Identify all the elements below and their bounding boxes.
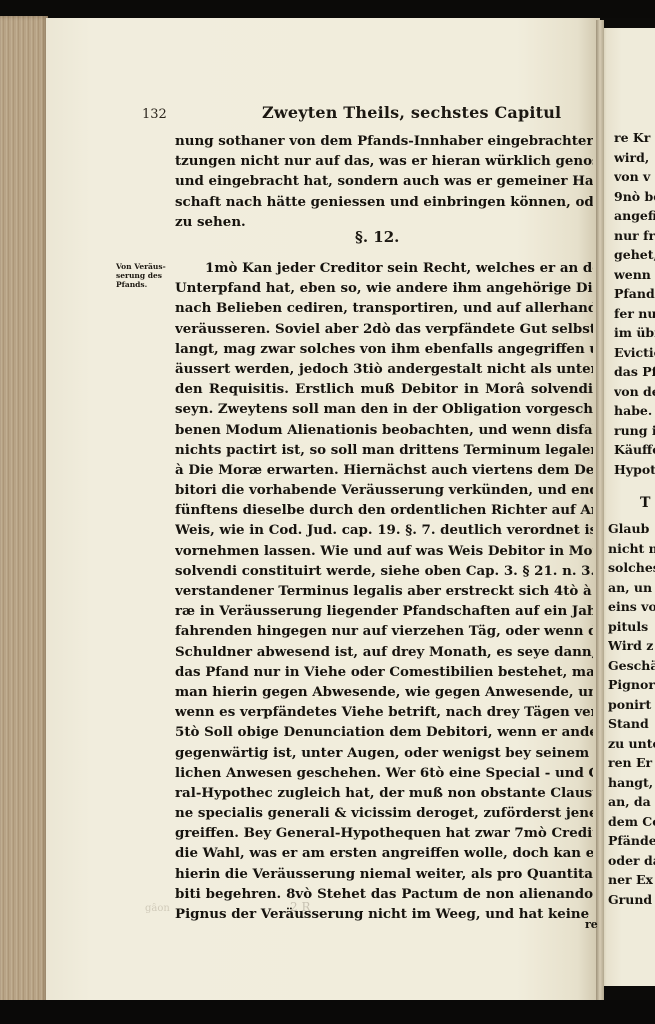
text-line: gegenwärtig ist, unter Augen, oder wenig… xyxy=(175,743,593,763)
text-line: wird, xyxy=(614,148,655,168)
text-line: ren Er xyxy=(608,753,655,773)
book-gutter xyxy=(596,20,604,1000)
text-line: Geschä xyxy=(608,656,655,676)
text-line: das Pfand nur in Viehe oder Comestibilie… xyxy=(175,662,593,682)
text-line: und eingebracht hat, sondern auch was er… xyxy=(175,171,593,191)
text-line: 5tò Soll obige Denunciation dem Debitori… xyxy=(175,722,593,742)
text-line: an, un xyxy=(608,578,655,598)
text-line: ræ in Veräusserung liegender Pfandschaft… xyxy=(175,601,593,621)
text-line: Grund xyxy=(608,890,655,910)
text-line: an, da xyxy=(608,792,655,812)
text-line: veräusseren. Soviel aber 2dò das verpfän… xyxy=(175,319,593,339)
text-line: wenn es verpfändetes Viehe betrift, nach… xyxy=(175,702,593,722)
bleed-through-signature: 2 R xyxy=(290,900,310,914)
text-line: verstandener Terminus legalis aber erstr… xyxy=(175,581,593,601)
text-line: hierin die Veräusserung niemal weiter, a… xyxy=(175,864,593,884)
text-line: 9nò be xyxy=(614,187,655,207)
text-line: dem Co xyxy=(608,812,655,832)
text-line: Weis, wie in Cod. Jud. cap. 19. §. 7. de… xyxy=(175,520,593,540)
margin-note-line: serung des xyxy=(116,271,174,280)
text-line: Schuldner abwesend ist, auf drey Monath,… xyxy=(175,642,593,662)
text-line: rung i xyxy=(614,421,655,441)
text-line: pituls xyxy=(608,617,655,637)
margin-note-line: Von Veräus- xyxy=(116,262,174,271)
text-line: den Requisitis. Erstlich muß Debitor in … xyxy=(175,379,593,399)
text-line: die Wahl, was er am ersten angreiffen wo… xyxy=(175,843,593,863)
text-line: nur fr xyxy=(614,226,655,246)
text-line: schaft nach hätte geniessen und einbring… xyxy=(175,192,593,212)
text-line: Käuffe xyxy=(614,440,655,460)
text-line: Pignor xyxy=(608,675,655,695)
text-line: Hypot xyxy=(614,460,655,480)
margin-note: Von Veräus- serung des Pfands. xyxy=(116,262,174,289)
text-line: Evictio xyxy=(614,343,655,363)
text-line: vornehmen lassen. Wie und auf was Weis D… xyxy=(175,541,593,561)
right-page-section-initial: T xyxy=(640,495,650,511)
text-line: Pignus der Veräusserung nicht im Weeg, u… xyxy=(175,904,593,924)
scan-top-shadow xyxy=(0,0,655,18)
text-line: bitori die vorhabende Veräusserung verkü… xyxy=(175,480,593,500)
section-heading: §. 12. xyxy=(355,228,399,246)
text-line: angefi xyxy=(614,206,655,226)
text-line: lichen Anwesen geschehen. Wer 6tò eine S… xyxy=(175,763,593,783)
running-head: 132 Zweyten Theils, sechstes Capitul xyxy=(142,103,597,127)
text-line: solches xyxy=(608,558,655,578)
text-line: seyn. Zweytens soll man den in der Oblig… xyxy=(175,399,593,419)
text-line: nung sothaner von dem Pfands-Innhaber ei… xyxy=(175,131,593,151)
text-line: nicht n xyxy=(608,539,655,559)
text-line: biti begehren. 8vò Stehet das Pactum de … xyxy=(175,884,593,904)
text-line: fünftens dieselbe durch den ordentlichen… xyxy=(175,500,593,520)
text-line: Glaub xyxy=(608,519,655,539)
text-line: Unterpfand hat, eben so, wie andere ihm … xyxy=(175,278,593,298)
text-line: äussert werden, jedoch 3tiò andergestalt… xyxy=(175,359,593,379)
page-number: 132 xyxy=(142,107,167,122)
chapter-title: Zweyten Theils, sechstes Capitul xyxy=(262,103,561,122)
text-line: das Pf xyxy=(614,362,655,382)
text-line: ponirt xyxy=(608,695,655,715)
catchword: re xyxy=(585,918,598,931)
text-line: oder da xyxy=(608,851,655,871)
text-line: Pfand xyxy=(614,284,655,304)
text-line: fahrenden hingegen nur auf vierzehen Täg… xyxy=(175,621,593,641)
margin-note-line: Pfands. xyxy=(116,280,174,289)
text-line: Stand xyxy=(608,714,655,734)
text-line: habe. xyxy=(614,401,655,421)
text-line: à Die Moræ erwarten. Hiernächst auch vie… xyxy=(175,460,593,480)
text-line: ner Ex xyxy=(608,870,655,890)
text-line: von de xyxy=(614,382,655,402)
text-line: Wird z xyxy=(608,636,655,656)
text-line: wenn xyxy=(614,265,655,285)
text-line: nichts pactirt ist, so soll man drittens… xyxy=(175,440,593,460)
text-line: langt, mag zwar solches von ihm ebenfall… xyxy=(175,339,593,359)
continuation-paragraph: nung sothaner von dem Pfands-Innhaber ei… xyxy=(175,131,593,232)
text-line: ne specialis generali & vicissim deroget… xyxy=(175,803,593,823)
text-line: zu unte xyxy=(608,734,655,754)
book-page-edges xyxy=(0,16,48,1006)
text-line: von v xyxy=(614,167,655,187)
bleed-through-text: gâon xyxy=(145,903,170,914)
right-page-text-top: re Kr wird, von v 9nò be angefi nur fr g… xyxy=(614,128,655,479)
text-line: tzungen nicht nur auf das, was er hieran… xyxy=(175,151,593,171)
text-line: solvendi constituirt werde, siehe oben C… xyxy=(175,561,593,581)
text-line: im übi xyxy=(614,323,655,343)
text-line: 1mò Kan jeder Creditor sein Recht, welch… xyxy=(175,258,593,278)
text-line: benen Modum Alienationis beobachten, und… xyxy=(175,420,593,440)
text-line: hangt, xyxy=(608,773,655,793)
text-line: re Kr xyxy=(614,128,655,148)
text-line: greiffen. Bey General-Hypothequen hat zw… xyxy=(175,823,593,843)
scan-bottom-shadow xyxy=(0,1000,655,1024)
text-line: nach Belieben cediren, transportiren, un… xyxy=(175,298,593,318)
text-line: gehet, xyxy=(614,245,655,265)
text-line: ral-Hypothec zugleich hat, der muß non o… xyxy=(175,783,593,803)
right-page-text-bottom: Glaub nicht n solches an, un eins vo pit… xyxy=(608,519,655,909)
text-line: man hierin gegen Abwesende, wie gegen An… xyxy=(175,682,593,702)
section-paragraph: 1mò Kan jeder Creditor sein Recht, welch… xyxy=(175,258,593,924)
text-line: eins vo xyxy=(608,597,655,617)
text-line: fer nu xyxy=(614,304,655,324)
text-line: Pfände xyxy=(608,831,655,851)
